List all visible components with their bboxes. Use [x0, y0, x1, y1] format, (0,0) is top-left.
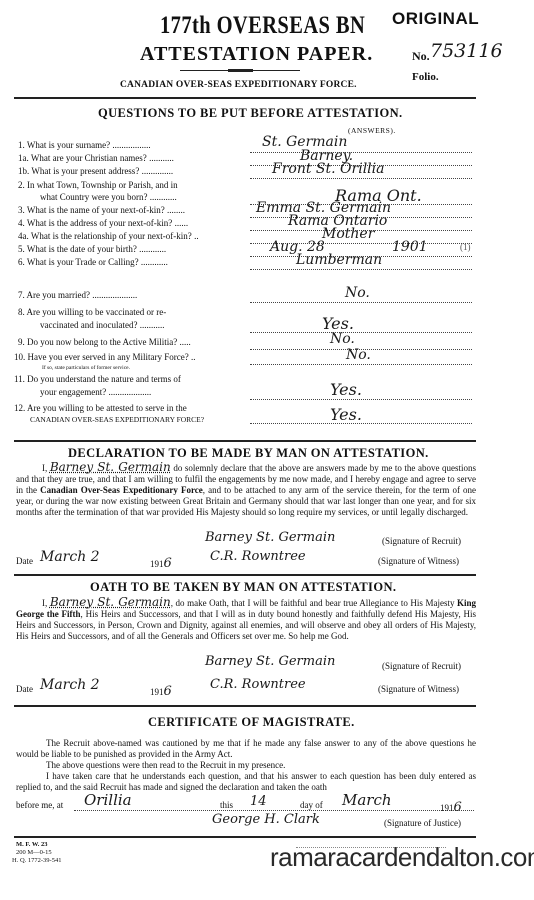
- justice-signature: George H. Clark: [212, 812, 320, 827]
- oath-witness-signature: C.R. Rowntree: [210, 677, 306, 692]
- declaration-recruit-signature: Barney St. Germain: [205, 530, 335, 545]
- answer-line-1: [250, 152, 472, 153]
- question-11: 11. Do you understand the nature and ter…: [14, 374, 181, 384]
- answer-married: No.: [345, 285, 370, 301]
- watermark-text: ramaracardendalton.com: [270, 842, 534, 873]
- oath-heading: OATH TO BE TAKEN BY MAN ON ATTESTATION.: [90, 580, 396, 595]
- answer-present-address: Front St. Orillia: [272, 161, 384, 177]
- number-label: No.: [412, 49, 430, 64]
- question-4: 4. What is the address of your next-of-k…: [18, 218, 188, 228]
- form-code: M. F. W. 23: [16, 841, 48, 849]
- declaration-text: I, Barney St. Germain do solemnly declar…: [16, 462, 476, 518]
- question-1: 1. What is your surname? ...............…: [18, 140, 151, 150]
- answer-willing-to-serve: Yes.: [330, 405, 362, 424]
- oath-recruit-label: (Signature of Recruit): [382, 661, 461, 671]
- declaration-date: March 2: [40, 549, 100, 565]
- answer-line-10: [250, 364, 472, 365]
- questions-rule: [14, 440, 476, 442]
- question-3: 3. What is the name of your next-of-kin?…: [18, 205, 185, 215]
- hq-reference: H. Q. 1772-39-541: [12, 857, 61, 865]
- question-2: 2. In what Town, Township or Parish, and…: [18, 180, 178, 190]
- question-2-cont: what Country were you born? ............: [40, 192, 177, 202]
- declaration-year: 1916: [150, 556, 172, 571]
- questions-heading: QUESTIONS TO BE PUT BEFORE ATTESTATION.: [98, 106, 403, 121]
- magistrate-heading: CERTIFICATE OF MAGISTRATE.: [148, 715, 355, 730]
- oath-witness-label: (Signature of Witness): [378, 684, 459, 694]
- oath-text: I, Barney St. Germain, do make Oath, tha…: [16, 597, 476, 642]
- magistrate-year: 1916: [440, 800, 462, 815]
- answer-trade: Lumberman: [296, 252, 382, 268]
- magistrate-p1: The Recruit above-named was cautioned by…: [16, 738, 476, 760]
- magistrate-day: 14: [250, 794, 267, 809]
- oath-date: March 2: [40, 677, 100, 693]
- answer-line-11: [250, 399, 472, 400]
- magistrate-day-of-label: day of: [300, 800, 323, 810]
- question-6: 6. What is your Trade or Calling? ......…: [18, 257, 168, 267]
- declaration-heading: DECLARATION TO BE MADE BY MAN ON ATTESTA…: [68, 446, 429, 461]
- oath-recruit-signature: Barney St. Germain: [205, 654, 335, 669]
- oath-name: Barney St. Germain: [50, 595, 171, 609]
- declaration-date-label: Date: [16, 556, 33, 566]
- answers-label: (ANSWERS).: [348, 126, 396, 135]
- oath-year: 1916: [150, 684, 172, 699]
- answer-line-6: [250, 269, 472, 270]
- magistrate-before-label: before me, at: [16, 800, 63, 810]
- question-12-cont: CANADIAN OVER-SEAS EXPEDITIONARY FORCE?: [30, 415, 204, 424]
- answer-birth-note: (1): [460, 242, 471, 252]
- answer-birth-year: 1901: [392, 239, 428, 255]
- regimental-number: 753116: [430, 40, 503, 62]
- magistrate-p3: I have taken care that he understands ea…: [16, 771, 476, 793]
- original-stamp: ORIGINAL: [392, 9, 479, 29]
- magistrate-p2: The above questions were then read to th…: [16, 760, 476, 771]
- answer-understand-terms: Yes.: [330, 380, 362, 399]
- print-run: 200 M—0-15: [16, 849, 52, 857]
- answer-line-7: [250, 302, 472, 303]
- answer-line-8: [250, 332, 472, 333]
- question-10-note: If so, state particulars of former servi…: [42, 364, 130, 372]
- magistrate-place-line: [74, 810, 474, 811]
- question-10: 10. Have you ever served in any Military…: [14, 352, 195, 362]
- magistrate-month: March: [342, 791, 392, 809]
- question-4a: 4a. What is the relationship of your nex…: [18, 231, 199, 241]
- magistrate-this-label: this: [220, 800, 233, 810]
- magistrate-place: Orillia: [84, 791, 132, 809]
- answer-line-1b: [250, 178, 472, 179]
- declaration-witness-signature: C.R. Rowntree: [210, 549, 306, 564]
- answer-next-of-kin-relationship: Mother: [322, 226, 374, 242]
- document-title: ATTESTATION PAPER.: [140, 43, 373, 66]
- title-divider-accent: [228, 69, 253, 72]
- answer-military-service: No.: [346, 347, 371, 363]
- folio-label: Folio.: [412, 71, 439, 83]
- declaration-name: Barney St. Germain: [50, 460, 171, 474]
- force-name: CANADIAN OVER-SEAS EXPEDITIONARY FORCE.: [120, 80, 357, 90]
- question-11-cont: your engagement? ...................: [40, 387, 151, 397]
- question-1b: 1b. What is your present address? ......…: [18, 166, 173, 176]
- question-5: 5. What is the date of your birth? .....…: [18, 244, 166, 254]
- question-8: 8. Are you willing to be vaccinated or r…: [18, 307, 166, 317]
- question-1a: 1a. What are your Christian names? .....…: [18, 153, 174, 163]
- footer-rule: [14, 836, 476, 838]
- declaration-rule: [14, 574, 476, 576]
- justice-label: (Signature of Justice): [384, 818, 461, 828]
- answer-militia: No.: [330, 331, 355, 347]
- declaration-recruit-label: (Signature of Recruit): [382, 536, 461, 546]
- oath-date-label: Date: [16, 684, 33, 694]
- battalion-title: 177th OVERSEAS BN: [160, 12, 365, 40]
- question-8-cont: vaccinated and inoculated? ...........: [40, 320, 164, 330]
- question-12: 12. Are you willing to be attested to se…: [14, 403, 187, 413]
- question-9: 9. Do you now belong to the Active Milit…: [18, 337, 191, 347]
- declaration-witness-label: (Signature of Witness): [378, 556, 459, 566]
- oath-rule: [14, 705, 476, 707]
- question-7: 7. Are you married? ....................: [18, 290, 137, 300]
- header-rule: [14, 97, 476, 99]
